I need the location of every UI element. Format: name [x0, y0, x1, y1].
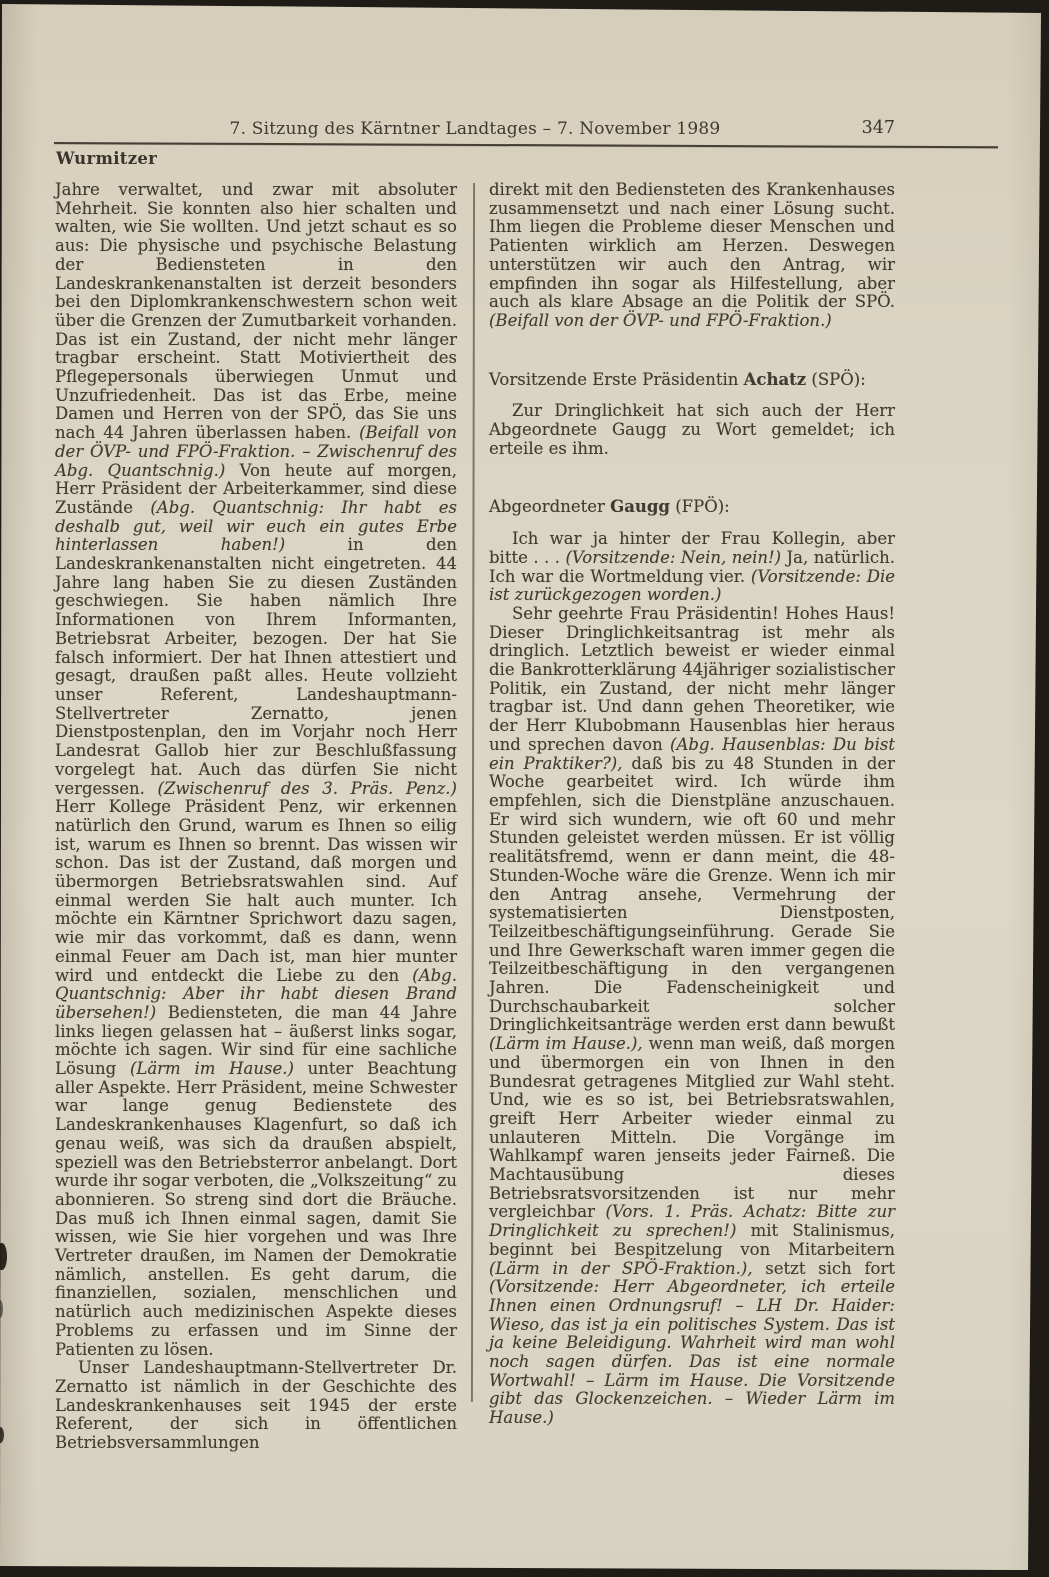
text-run-normal: (SPÖ): — [806, 370, 866, 389]
speaker-heading: Abgeordneter Gaugg (FPÖ): — [489, 498, 895, 517]
text-run-normal: Jahre verwaltet, und zwar mit absoluter … — [55, 180, 457, 442]
text-run-italic: (Zwischenruf des 3. Präs. Penz.) — [158, 779, 457, 798]
column-divider-rule — [471, 183, 475, 1402]
text-run-normal: Vorsitzende Erste Präsidentin — [489, 370, 744, 389]
text-run-italic: (Vorsitzende: Herr Abgeordneter, ich ert… — [489, 1277, 895, 1427]
right-text-column: direkt mit den Bediensteten des Krankenh… — [489, 181, 895, 1428]
paragraph: Ich war ja hinter der Frau Kollegin, abe… — [489, 530, 895, 605]
scanned-page-canvas: 7. Sitzung des Kärntner Landtages – 7. N… — [0, 0, 1049, 1577]
text-run-normal: Sehr geehrte Frau Präsidentin! Hohes Hau… — [489, 604, 895, 754]
text-run-normal: Unser Landeshauptmann-Stellvertreter Dr.… — [55, 1358, 457, 1452]
page-content: 7. Sitzung des Kärntner Landtages – 7. N… — [0, 0, 1049, 1577]
text-run-normal: setzt sich fort — [753, 1259, 895, 1278]
header-rule — [54, 142, 998, 148]
text-run-italic: (Beifall von der ÖVP- und FPÖ-Fraktion.) — [489, 311, 832, 330]
text-run-italic: (Lärm in der SPÖ-Fraktion.), — [489, 1259, 753, 1278]
paragraph: Zur Dringlichkeit hat sich auch der Herr… — [489, 402, 895, 458]
text-run-normal: Zur Dringlichkeit hat sich auch der Herr… — [489, 401, 895, 457]
text-run-italic: (Lärm im Hause.) — [130, 1059, 294, 1078]
speaker-continuation-label: Wurmitzer — [56, 149, 157, 168]
text-run-normal: (FPÖ): — [670, 497, 730, 516]
paragraph: direkt mit den Bediensteten des Krankenh… — [489, 181, 895, 331]
text-run-italic: (Vorsitzende: Nein, nein!) — [565, 548, 781, 567]
text-run-normal: Herr Kollege Präsident Penz, wir erkenne… — [55, 797, 457, 984]
speaker-heading: Vorsitzende Erste Präsidentin Achatz (SP… — [489, 371, 895, 390]
text-run-normal: Abgeordneter — [489, 497, 610, 516]
text-run-normal: in den Landeskrankenanstalten nicht eing… — [55, 535, 457, 797]
page-number: 347 — [55, 118, 895, 138]
left-text-column: Jahre verwaltet, und zwar mit absoluter … — [55, 181, 457, 1453]
paragraph: Unser Landeshauptmann-Stellvertreter Dr.… — [55, 1359, 457, 1453]
text-run-bold: Gaugg — [610, 497, 670, 516]
text-run-normal: daß bis zu 48 Stunden in der Woche gearb… — [489, 754, 895, 1035]
text-run-bold: Achatz — [744, 370, 807, 389]
text-run-normal: direkt mit den Bediensteten des Krankenh… — [489, 180, 895, 311]
paragraph: Sehr geehrte Frau Präsidentin! Hohes Hau… — [489, 605, 895, 1428]
text-run-italic: (Lärm im Hause.), — [489, 1034, 643, 1053]
text-run-normal: unter Beachtung aller Aspekte. Herr Präs… — [55, 1059, 457, 1359]
text-run-normal: wenn man weiß, daß morgen und übermorgen… — [489, 1034, 895, 1221]
paragraph: Jahre verwaltet, und zwar mit absoluter … — [55, 181, 457, 1359]
